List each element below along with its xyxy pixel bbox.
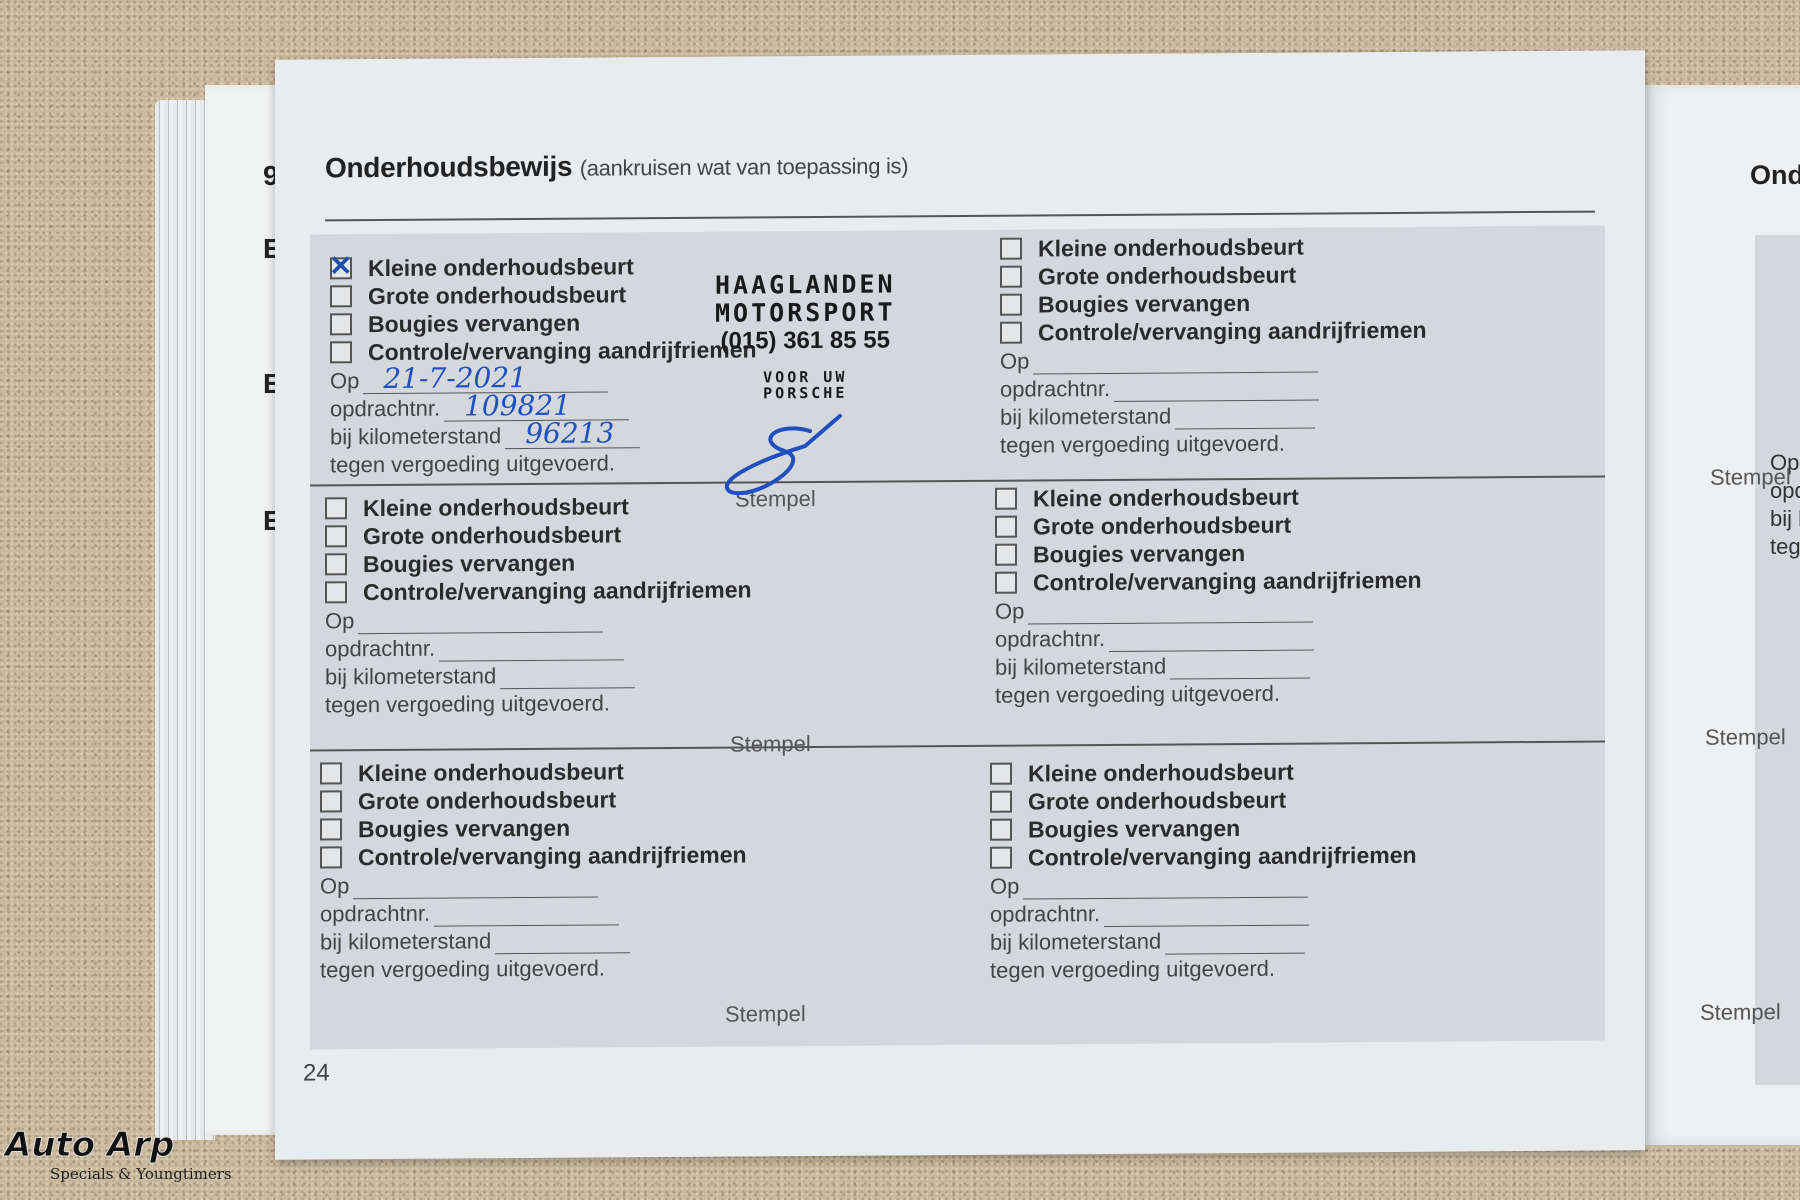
checkbox-row[interactable]: Controle/vervanging aandrijfriemen (995, 565, 1595, 597)
op-field[interactable]: Op (995, 593, 1595, 625)
stamp-label: Stempel (1700, 999, 1781, 1026)
performed-note: tegen vergoeding uitgevoerd. (990, 952, 1590, 984)
performed-note: tegen vergoeding uitgevoerd. (320, 951, 920, 983)
service-entry: Kleine onderhoudsbeurtGrote onderhoudsbe… (990, 756, 1590, 1020)
checkbox-label: Grote onderhoudsbeurt (1033, 511, 1291, 540)
service-entry: Kleine onderhoudsbeurtGrote onderhoudsbe… (1000, 231, 1600, 495)
opdrachtnr-line[interactable] (439, 639, 624, 661)
stamp-label: Stempel (1705, 724, 1786, 751)
watermark-tagline: Specials & Youngtimers (50, 1165, 232, 1183)
checkbox[interactable] (320, 846, 342, 868)
stamp-label: Stempel (1710, 464, 1791, 491)
next-page-fragment: tege (1770, 534, 1800, 560)
opdrachtnr-line[interactable] (1109, 630, 1314, 652)
performed-note: tegen vergoeding uitgevoerd. (325, 686, 925, 718)
checkbox-label: Controle/vervanging aandrijfriemen (1038, 316, 1427, 346)
checkbox[interactable] (1000, 294, 1022, 316)
opdrachtnr-label: opdrachtnr. (320, 901, 430, 928)
op-line[interactable] (358, 611, 603, 634)
checkbox-row[interactable]: Bougies vervangen (320, 811, 920, 843)
kilometerstand-line[interactable] (1170, 658, 1310, 680)
checkbox-label: Kleine onderhoudsbeurt (1028, 758, 1294, 787)
divider (325, 211, 1595, 222)
checkbox-row[interactable]: Bougies vervangen (995, 537, 1595, 569)
opdrachtnr-label: opdrachtnr. (990, 901, 1100, 928)
performed-note: tegen vergoeding uitgevoerd. (995, 677, 1595, 709)
checkbox[interactable] (995, 544, 1017, 566)
title-instruction: (aankruisen wat van toepassing is) (580, 153, 909, 180)
checkbox-row[interactable]: Kleine onderhoudsbeurt (995, 481, 1595, 513)
checkbox-label: Grote onderhoudsbeurt (363, 521, 621, 550)
kilometerstand-label: bij kilometerstand (995, 654, 1166, 681)
watermark-logo: Auto Arp Specials & Youngtimers (5, 1125, 232, 1183)
kilometerstand-label: bij kilometerstand (325, 663, 496, 690)
kilometerstand-line[interactable] (500, 667, 635, 689)
checkbox-label: Controle/vervanging aandrijfriemen (1028, 841, 1417, 871)
checkbox[interactable] (320, 762, 342, 784)
checkbox-label: Bougies vervangen (1038, 289, 1250, 317)
op-line[interactable] (353, 877, 598, 900)
checkbox-label: Kleine onderhoudsbeurt (358, 758, 624, 787)
stamp-label: Stempel (730, 731, 811, 758)
kilometerstand-line[interactable] (1175, 408, 1315, 430)
kilometerstand-label: bij kilometerstand (320, 928, 491, 955)
op-line[interactable] (1023, 877, 1308, 900)
kilometerstand-line[interactable] (1165, 933, 1305, 955)
checkbox-label: Grote onderhoudsbeurt (368, 281, 626, 310)
previous-page: 9 E E E (205, 85, 285, 1135)
stamp-line: MOTORSPORT (715, 298, 896, 327)
opdrachtnr-field[interactable]: opdrachtnr. (990, 896, 1590, 928)
next-page: Ond Op opdr bij ki tege (1645, 85, 1800, 1145)
next-page-title: Ond (1750, 160, 1800, 191)
checkbox-row[interactable]: Grote onderhoudsbeurt (325, 518, 925, 550)
op-label: Op (330, 368, 359, 394)
opdrachtnr-field[interactable]: opdrachtnr. (995, 621, 1595, 653)
checkbox[interactable] (995, 572, 1017, 594)
checkbox[interactable] (325, 497, 347, 519)
checkbox-row[interactable]: Controle/vervanging aandrijfriemen (990, 840, 1590, 872)
checkbox-row[interactable]: Bougies vervangen (1000, 287, 1600, 319)
opdrachtnr-label: opdrachtnr. (325, 636, 435, 663)
checkbox-label: Grote onderhoudsbeurt (358, 786, 616, 815)
op-label: Op (320, 873, 349, 899)
checkbox-row[interactable]: Grote onderhoudsbeurt (320, 783, 920, 815)
kilometerstand-label: bij kilometerstand (330, 423, 501, 450)
checkbox[interactable] (320, 790, 342, 812)
checkbox-row[interactable]: Grote onderhoudsbeurt (990, 784, 1590, 816)
opdrachtnr-label: opdrachtnr. (995, 626, 1105, 653)
checkbox-row[interactable]: Bougies vervangen (990, 812, 1590, 844)
opdrachtnr-field[interactable]: opdrachtnr. (320, 895, 920, 927)
checkbox[interactable] (995, 488, 1017, 510)
checkbox-row[interactable]: Grote onderhoudsbeurt (995, 509, 1595, 541)
kilometerstand-field[interactable]: bij kilometerstand (325, 658, 925, 690)
dealer-stamp: HAAGLANDEN MOTORSPORT (015) 361 85 55 VO… (715, 270, 896, 401)
checkbox-label: Kleine onderhoudsbeurt (1038, 233, 1304, 262)
op-line[interactable] (1028, 602, 1313, 625)
kilometerstand-label: bij kilometerstand (1000, 404, 1171, 431)
checkbox-label: Kleine onderhoudsbeurt (368, 253, 634, 282)
signature-scribble (715, 411, 855, 502)
checkbox[interactable] (1000, 238, 1022, 260)
checkbox-row[interactable]: Controle/vervanging aandrijfriemen (320, 839, 920, 871)
opdrachtnr-field[interactable]: opdrachtnr. (1000, 371, 1600, 403)
opdrachtnr-line[interactable] (1114, 379, 1319, 401)
checkbox[interactable] (990, 791, 1012, 813)
page-title: Onderhoudsbewijs (aankruisen wat van toe… (325, 148, 908, 184)
checkbox[interactable] (325, 525, 347, 547)
op-field[interactable]: Op (320, 867, 920, 899)
checkbox[interactable] (990, 763, 1012, 785)
kilometerstand-field[interactable]: bij kilometerstand (320, 923, 920, 955)
checkbox[interactable] (995, 516, 1017, 538)
stamp-line: HAAGLANDEN (715, 270, 896, 299)
next-page-panel: Op opdr bij ki tege (1755, 235, 1800, 1085)
checkbox[interactable] (1000, 266, 1022, 288)
next-page-fragment: bij ki (1770, 506, 1800, 532)
handwritten-kilometerstand: 96213 (525, 416, 614, 450)
checkbox[interactable] (990, 847, 1012, 869)
checkbox-label: Bougies vervangen (1033, 540, 1245, 568)
checkbox-row[interactable]: Kleine onderhoudsbeurt (320, 755, 920, 787)
checkbox[interactable] (330, 341, 352, 363)
page-number: 24 (303, 1059, 330, 1087)
checkbox-row[interactable]: Controle/vervanging aandrijfriemen (325, 574, 925, 606)
checkbox-row[interactable]: Bougies vervangen (325, 546, 925, 578)
checkbox-label: Bougies vervangen (1028, 815, 1240, 843)
checkbox-row[interactable]: Grote onderhoudsbeurt (1000, 259, 1600, 291)
performed-note: tegen vergoeding uitgevoerd. (1000, 427, 1600, 459)
service-entry: Kleine onderhoudsbeurtGrote onderhoudsbe… (325, 490, 925, 754)
kilometerstand-field[interactable]: bij kilometerstand (995, 649, 1595, 681)
op-label: Op (1000, 349, 1029, 375)
opdrachtnr-field[interactable]: opdrachtnr. (325, 630, 925, 662)
op-field[interactable]: Op (325, 602, 925, 634)
service-entry: Kleine onderhoudsbeurtGrote onderhoudsbe… (320, 755, 920, 1019)
op-field[interactable]: Op (1000, 343, 1600, 375)
checkbox-row[interactable]: Kleine onderhoudsbeurt (1000, 231, 1600, 263)
op-line[interactable] (1033, 351, 1318, 374)
maintenance-record-page: Onderhoudsbewijs (aankruisen wat van toe… (275, 50, 1645, 1160)
watermark-brand: Auto Arp (5, 1125, 232, 1165)
stamp-phone: (015) 361 85 55 (715, 326, 896, 355)
checkbox[interactable] (330, 285, 352, 307)
checkbox[interactable] (990, 819, 1012, 841)
op-field[interactable]: Op (990, 868, 1590, 900)
checkbox-label: Controle/vervanging aandrijfriemen (1033, 566, 1422, 596)
checkbox[interactable] (330, 257, 352, 279)
checkbox-row[interactable]: Controle/vervanging aandrijfriemen (1000, 315, 1600, 347)
kilometerstand-line[interactable] (495, 932, 630, 954)
checkbox-label: Kleine onderhoudsbeurt (363, 493, 629, 522)
checkbox-label: Bougies vervangen (363, 549, 575, 577)
checkbox[interactable] (325, 581, 347, 603)
service-entry: Kleine onderhoudsbeurtGrote onderhoudsbe… (995, 481, 1595, 745)
checkbox[interactable] (320, 818, 342, 840)
checkbox-label: Grote onderhoudsbeurt (1028, 786, 1286, 815)
opdrachtnr-label: opdrachtnr. (1000, 376, 1110, 403)
op-label: Op (990, 874, 1019, 900)
kilometerstand-line[interactable]: 96213 (505, 427, 640, 449)
checkbox-label: Grote onderhoudsbeurt (1038, 261, 1296, 290)
opdrachtnr-line[interactable] (434, 904, 619, 926)
stamp-line: PORSCHE (715, 384, 896, 401)
stamp-label: Stempel (725, 1001, 806, 1028)
checkbox-label: Controle/vervanging aandrijfriemen (358, 841, 747, 871)
checkbox[interactable] (330, 313, 352, 335)
checkbox-label: Controle/vervanging aandrijfriemen (363, 576, 752, 606)
opdrachtnr-label: opdrachtnr. (330, 396, 440, 423)
checkbox[interactable] (325, 553, 347, 575)
kilometerstand-field[interactable]: bij kilometerstand (1000, 399, 1600, 431)
kilometerstand-label: bij kilometerstand (990, 929, 1161, 956)
checkbox[interactable] (1000, 322, 1022, 344)
op-label: Op (995, 599, 1024, 625)
checkbox-label: Kleine onderhoudsbeurt (1033, 483, 1299, 512)
kilometerstand-field[interactable]: bij kilometerstand (990, 924, 1590, 956)
checkbox-label: Bougies vervangen (368, 309, 580, 337)
title-text: Onderhoudsbewijs (325, 151, 572, 184)
checkbox-row[interactable]: Kleine onderhoudsbeurt (990, 756, 1590, 788)
op-label: Op (325, 608, 354, 634)
opdrachtnr-line[interactable] (1104, 905, 1309, 927)
checkbox-label: Bougies vervangen (358, 814, 570, 842)
